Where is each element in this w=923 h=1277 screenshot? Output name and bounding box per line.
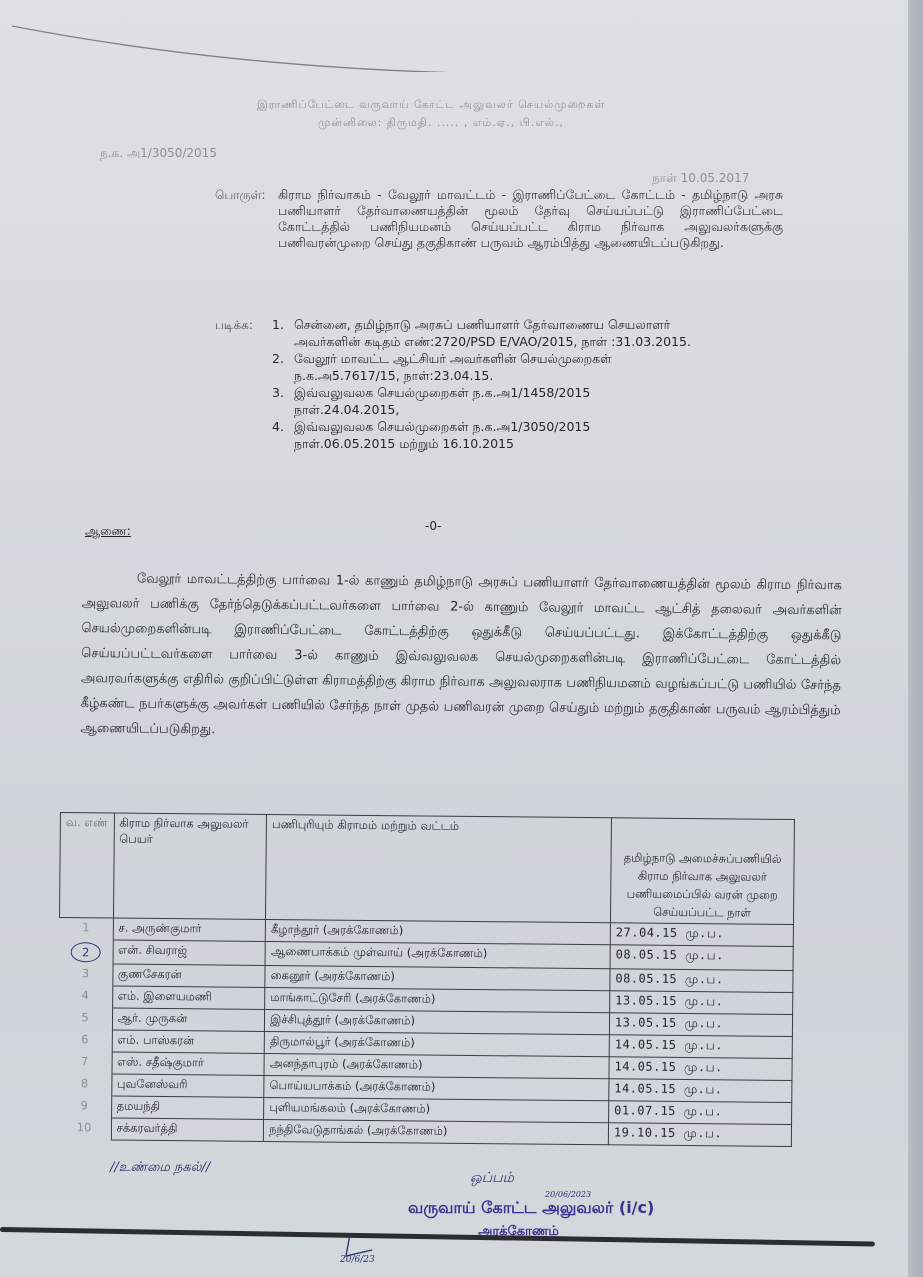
date-cell: 08.05.15 மு.ப. <box>610 969 793 993</box>
serial-cell: 4 <box>59 985 113 1008</box>
reference-item: 3. இவ்வலுவலக செயல்முறைகள் ந.க.அ1/1458/20… <box>272 385 692 418</box>
file-number: ந.க. அ1/3050/2015 <box>100 145 217 161</box>
date-cell: 08.05.15 மு.ப. <box>610 945 793 971</box>
date-cell: 14.05.15 மு.ப. <box>609 1035 792 1059</box>
subject-text: கிராம நிர்வாகம் - வேலூர் மாவட்டம் - இராண… <box>278 187 783 251</box>
name-cell: என். சிவராஜ் <box>113 940 266 965</box>
name-cell: எம். பாஸ்கரன் <box>112 1030 265 1053</box>
order-paragraph: வேலூர் மாவட்டத்திற்கு பார்வை 1-ல் காணும்… <box>80 566 842 748</box>
office-header-line2: முன்னிலை: திருமதி. ..... , எம்.ஏ., பி.எல… <box>318 116 564 131</box>
handwritten-signature: ஒப்பம் <box>470 1170 514 1188</box>
date-cell: 13.05.15 மு.ப. <box>610 991 793 1015</box>
page-edge-shadow <box>908 0 923 1277</box>
reference-item: 4. இவ்வலுவலக செயல்முறைகள் ந.க.அ1/3050/20… <box>272 419 692 452</box>
village-cell: ஆணைபாக்கம் முள்வாய் (அரக்கோணம்) <box>265 941 610 968</box>
order-label: ஆணை: <box>85 523 131 539</box>
header-name: கிராம நிர்வாக அலுவலர் பெயர் <box>113 813 267 919</box>
date-label: நாள் <box>652 171 677 185</box>
fold-line <box>10 22 890 72</box>
name-cell: ஆர். முருகன் <box>112 1008 265 1031</box>
date-cell: 19.10.15 மு.ப. <box>608 1123 791 1147</box>
table-header-row: வ. எண் கிராம நிர்வாக அலுவலர் பெயர் பணிபு… <box>59 813 794 925</box>
section-separator: -0- <box>425 518 441 534</box>
reference-item: 2. வேலூர் மாவட்ட ஆட்சியர் அவர்களின் செயல… <box>272 351 692 384</box>
document-date-block: நாள் 10.05.2017 <box>652 170 749 186</box>
header-date: தமிழ்நாடு அமைச்சுப்பணியில் கிராம நிர்வாக… <box>610 818 794 925</box>
true-copy-note: //உண்மை நகல்// <box>110 1160 210 1176</box>
serial-cell: 1 <box>59 917 113 940</box>
date-cell: 14.05.15 மு.ப. <box>609 1079 792 1103</box>
name-cell: எம். இளையமணி <box>112 986 265 1009</box>
name-cell: தமயந்தி <box>111 1096 264 1119</box>
name-cell: சக்கரவர்த்தி <box>111 1118 264 1141</box>
village-cell: நந்திவேடுதாங்கல் (அரக்கோணம்) <box>264 1119 609 1144</box>
serial-cell: 3 <box>59 963 113 986</box>
name-cell: புவனேஸ்வரி <box>111 1074 264 1097</box>
serial-cell: 10 <box>57 1117 111 1140</box>
signatory-title-stamp: வருவாய் கோட்ட அலுவலர் (i/c) <box>408 1198 654 1219</box>
table-body: 1ச. அருண்குமார்கீழாந்தூர் (அரக்கோணம்)27.… <box>57 917 793 1146</box>
date-cell: 01.07.15 மு.ப. <box>609 1101 792 1125</box>
document-page: இராணிப்பேட்டை வருவாய் கோட்ட அலுவலர் செயல… <box>0 0 908 1277</box>
references-list: 1. சென்னை, தமிழ்நாடு அரசுப் பணியாளர் தேர… <box>272 317 692 453</box>
references-label: படிக்க: <box>215 317 253 333</box>
initial-date: 20/6/23 <box>340 1255 375 1265</box>
serial-cell: 7 <box>58 1051 112 1074</box>
bottom-rule-line <box>0 1227 875 1247</box>
date-cell: 27.04.15 மு.ப. <box>610 923 793 947</box>
serial-cell: 5 <box>58 1007 112 1030</box>
date-cell: 13.05.15 மு.ப. <box>609 1013 792 1037</box>
circled-serial-mark: 2 <box>71 942 101 962</box>
header-serial: வ. எண் <box>59 813 114 919</box>
name-cell: குணசேகரன் <box>112 964 265 987</box>
subject-label: பொருள்: <box>215 187 266 203</box>
vao-regularization-table: வ. எண் கிராம நிர்வாக அலுவலர் பெயர் பணிபு… <box>57 812 795 1147</box>
serial-cell: 2 <box>59 939 113 964</box>
name-cell: ச. அருண்குமார் <box>113 918 266 941</box>
header-village: பணிபுரியும் கிராமம் மற்றும் வட்டம் <box>266 814 612 922</box>
serial-cell: 9 <box>58 1095 112 1118</box>
date-cell: 14.05.15 மு.ப. <box>609 1057 792 1081</box>
name-cell: எஸ். சதீஷ்குமார் <box>112 1052 265 1075</box>
serial-cell: 8 <box>58 1073 112 1096</box>
reference-item: 1. சென்னை, தமிழ்நாடு அரசுப் பணியாளர் தேர… <box>272 317 692 350</box>
serial-cell: 6 <box>58 1029 112 1052</box>
office-header-line1: இராணிப்பேட்டை வருவாய் கோட்ட அலுவலர் செயல… <box>257 98 605 113</box>
document-date: 10.05.2017 <box>681 171 750 185</box>
